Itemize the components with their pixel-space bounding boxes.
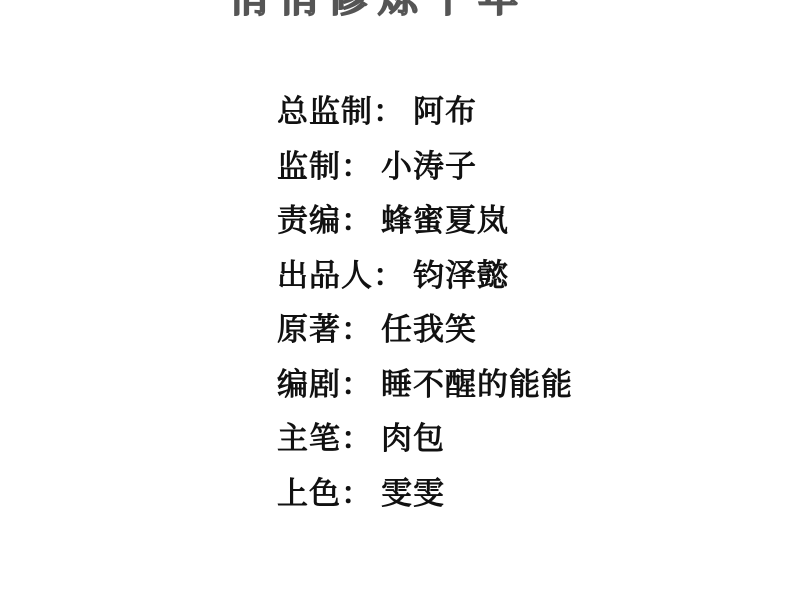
credit-name: 阿布	[413, 93, 477, 131]
credit-line-publisher: 出品人：钧泽懿	[277, 257, 573, 312]
credit-name: 小涛子	[381, 148, 477, 186]
credit-separator: ：	[341, 475, 381, 513]
credit-role: 责编	[277, 202, 341, 240]
credit-line-chief-producer: 总监制：阿布	[277, 93, 573, 148]
comic-title: 悄悄修炼千年	[228, 0, 528, 18]
credit-name: 睡不醒的能能	[381, 366, 573, 404]
credit-line-producer: 监制：小涛子	[277, 148, 573, 203]
credit-role: 总监制	[277, 93, 373, 131]
credit-separator: ：	[341, 202, 381, 240]
credit-role: 编剧	[277, 366, 341, 404]
credit-role: 上色	[277, 475, 341, 513]
credit-role: 主笔	[277, 420, 341, 458]
credit-name: 雯雯	[381, 475, 445, 513]
credit-name: 钧泽懿	[413, 257, 509, 295]
credit-line-colorist: 上色：雯雯	[277, 475, 573, 530]
credit-separator: ：	[341, 420, 381, 458]
credits-list: 总监制：阿布 监制：小涛子 责编：蜂蜜夏岚 出品人：钧泽懿 原著：任我笑 编剧：…	[277, 93, 573, 529]
credit-name: 蜂蜜夏岚	[381, 202, 509, 240]
credit-line-lead-artist: 主笔：肉包	[277, 420, 573, 475]
credit-name: 任我笑	[381, 311, 477, 349]
credit-name: 肉包	[381, 420, 445, 458]
credit-separator: ：	[373, 93, 413, 131]
credit-role: 原著	[277, 311, 341, 349]
credit-role: 出品人	[277, 257, 373, 295]
credit-separator: ：	[341, 366, 381, 404]
credit-separator: ：	[341, 148, 381, 186]
credit-line-editor: 责编：蜂蜜夏岚	[277, 202, 573, 257]
credit-line-screenwriter: 编剧：睡不醒的能能	[277, 366, 573, 421]
credit-role: 监制	[277, 148, 341, 186]
credit-separator: ：	[341, 311, 381, 349]
credit-line-original-author: 原著：任我笑	[277, 311, 573, 366]
credit-separator: ：	[373, 257, 413, 295]
